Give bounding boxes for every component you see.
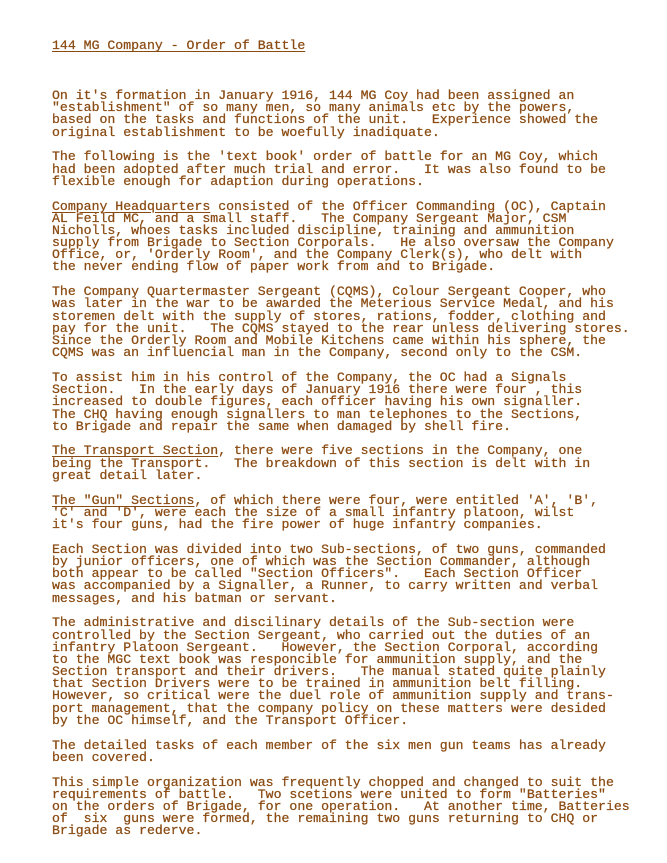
paragraph: On it's formation in January 1916, 144 M… — [52, 90, 662, 139]
paragraph: The "Gun" Sections, of which there were … — [52, 495, 662, 532]
document-page: 144 MG Company - Order of Battle On it's… — [52, 16, 662, 862]
paragraph: Each Section was divided into two Sub-se… — [52, 544, 662, 605]
paragraph: To assist him in his control of the Comp… — [52, 372, 662, 433]
paragraph: The detailed tasks of each member of the… — [52, 740, 662, 764]
text-line: great detail later. — [52, 470, 662, 482]
paragraph: The Company Quartermaster Sergeant (CQMS… — [52, 286, 662, 359]
text-line: by the OC himself, and the Transport Off… — [52, 715, 662, 727]
text-line: flexible enough for adaption during oper… — [52, 176, 662, 188]
paragraph: The Transport Section, there were five s… — [52, 445, 662, 482]
text-line: messages, and his batman or servant. — [52, 593, 662, 605]
page-title: 144 MG Company - Order of Battle — [52, 40, 662, 52]
document-body: On it's formation in January 1916, 144 M… — [52, 90, 662, 838]
text-line: the never ending flow of paper work from… — [52, 261, 662, 273]
text-line: original establishment to be woefully in… — [52, 127, 662, 139]
text-line: been covered. — [52, 752, 662, 764]
paragraph: This simple organization was frequently … — [52, 777, 662, 838]
text-line: to Brigade and repair the same when dama… — [52, 421, 662, 433]
text-line: CQMS was an influencial man in the Compa… — [52, 347, 662, 359]
text-line: it's four guns, had the fire power of hu… — [52, 519, 662, 531]
paragraph: Company Headquarters consisted of the Of… — [52, 201, 662, 274]
paragraph: The following is the 'text book' order o… — [52, 151, 662, 188]
text-line: Brigade as rederve. — [52, 825, 662, 837]
paragraph: The administrative and discilinary detai… — [52, 617, 662, 727]
